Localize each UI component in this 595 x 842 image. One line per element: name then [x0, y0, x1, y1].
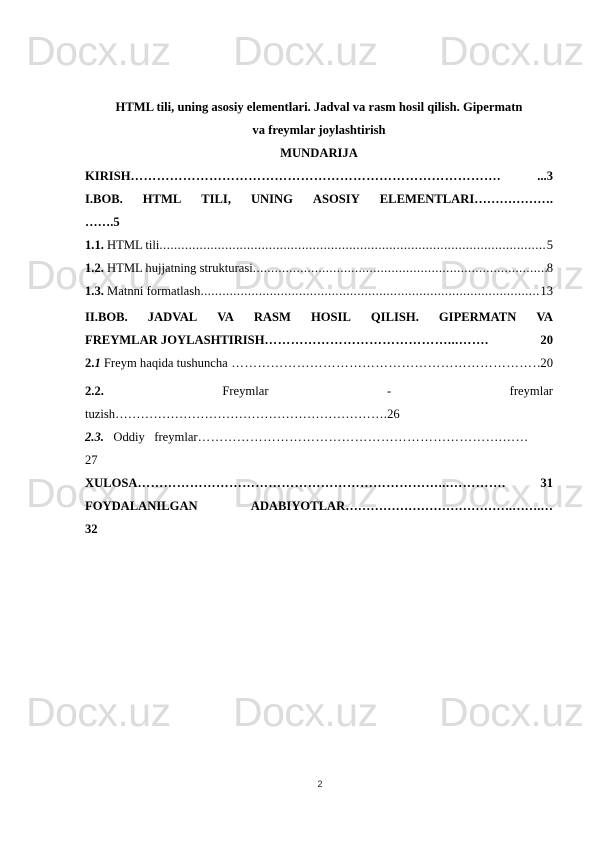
- toc-word: II.BOB.: [85, 306, 128, 329]
- toc-entry-2-1[interactable]: 2.1 Freym haqida tushuncha ……………………………………: [85, 352, 553, 375]
- toc-leader-dots: ………………………………………………………………………….: [131, 165, 538, 188]
- toc-word: ELEMENTLARI……………….: [380, 188, 553, 211]
- page-number: 2: [313, 779, 327, 789]
- toc-entry-label: XULOSA: [85, 472, 137, 495]
- toc-entry-number: 1.3.: [85, 284, 104, 298]
- toc-entry-label: Oddiy freymlar: [113, 430, 197, 444]
- toc-word: Freymlar: [222, 380, 268, 403]
- watermark: Docx.uz: [233, 31, 378, 72]
- toc-word: -: [387, 380, 391, 403]
- toc-entry-label: Matnni formatlash: [107, 284, 200, 298]
- toc-entry-1-1[interactable]: 1.1. HTML tili .........................…: [85, 234, 553, 257]
- toc-word: VA: [217, 306, 234, 329]
- toc-entry-number: 1.1.: [85, 238, 104, 252]
- toc-entry-page: 20: [540, 329, 553, 352]
- toc-word: TILI,: [201, 188, 231, 211]
- toc-entry-page: 26: [387, 407, 400, 421]
- toc-entry-label: FREYMLAR JOYLASHTIRISH: [85, 329, 265, 352]
- toc-leader-dots: ……………………………………………………………………………………………………………: [228, 352, 541, 375]
- toc-word: RASM: [254, 306, 291, 329]
- toc-entry-label: Freym haqida tushuncha: [104, 356, 228, 370]
- toc-leader-dots: …………………………………………………………….……: [198, 426, 553, 449]
- toc-entry-bob1-continuation: …….5: [85, 211, 553, 234]
- toc-entry-page: 20: [540, 352, 553, 375]
- toc-entry-2-3-page: 27: [85, 449, 553, 472]
- toc-word: I.BOB.: [85, 188, 123, 211]
- toc-entry-number: 2.3.: [85, 430, 104, 444]
- toc-leader-dots: ........................................…: [159, 234, 546, 257]
- toc-entry-page: 5: [547, 234, 553, 257]
- toc-entry-xulosa[interactable]: XULOSA ……………………………………………………………...…………. 3…: [85, 472, 553, 495]
- toc-entry-number: 1.2.: [85, 261, 104, 275]
- toc-entry-page: 31: [540, 472, 553, 495]
- toc-entry-1-3[interactable]: 1.3. Matnni formatlash .................…: [85, 280, 553, 303]
- document-page: HTML tili, uning asosiy elementlari. Jad…: [85, 96, 553, 541]
- toc-word: VA: [536, 306, 553, 329]
- toc-word: HTML: [143, 188, 181, 211]
- toc-entry-number: 2.2.: [85, 380, 104, 403]
- watermark: Docx.uz: [439, 692, 584, 733]
- toc-entry-kirish[interactable]: KIRISH …………………………………………………………………………. ...…: [85, 165, 553, 188]
- toc-leader-dots: ……………………………………...…….: [265, 329, 541, 352]
- toc-word: ADABIYOTLAR………………………………….…….…: [251, 495, 553, 518]
- toc-leader-dots: ........................................…: [200, 280, 540, 303]
- toc-entry-label: KIRISH: [85, 165, 131, 188]
- toc-entry-adabiyotlar[interactable]: FOYDALANILGAN ADABIYOTLAR………………………………….……: [85, 495, 553, 518]
- toc-entry-bob1[interactable]: I.BOB. HTML TILI, UNING ASOSIY ELEMENTLA…: [85, 188, 553, 211]
- toc-entry-label: HTML hujjatning strukturasi: [107, 261, 253, 275]
- toc-entry-label: tuzish: [85, 407, 115, 421]
- document-title-line-2: va freymlar joylashtirish: [85, 119, 553, 142]
- toc-entry-adabiyotlar-page: 32: [85, 518, 553, 541]
- toc-leader-dots: ……………………………………………………….: [115, 407, 387, 421]
- toc-entry-2-2-continuation[interactable]: tuzish……………………………………………………….26: [85, 403, 553, 426]
- toc-entry-page: 13: [540, 280, 553, 303]
- toc-entry-2-2[interactable]: 2.2. Freymlar - freymlar: [85, 380, 553, 403]
- toc-entry-2-3[interactable]: 2.3. Oddiy freymlar ………………………………………………………: [85, 426, 553, 449]
- toc-entry-page: 8: [547, 257, 553, 280]
- document-title-line-1: HTML tili, uning asosiy elementlari. Jad…: [85, 96, 553, 119]
- watermark: Docx.uz: [233, 692, 378, 733]
- toc-entry-page: ...3: [537, 165, 553, 188]
- toc-heading: MUNDARIJA: [85, 142, 553, 165]
- toc-entry-bob2[interactable]: II.BOB. JADVAL VA RASM HOSIL QILISH. GIP…: [85, 306, 553, 329]
- toc-word: QILISH.: [371, 306, 419, 329]
- toc-word: freymlar: [510, 380, 553, 403]
- toc-word: JADVAL: [148, 306, 197, 329]
- toc-word: FOYDALANILGAN: [85, 495, 198, 518]
- watermark: Docx.uz: [26, 31, 171, 72]
- toc-word: ASOSIY: [313, 188, 360, 211]
- toc-leader-dots: ……………………………………………………………...………….: [137, 472, 540, 495]
- toc-entry-label: HTML tili: [107, 238, 159, 252]
- watermark: Docx.uz: [439, 31, 584, 72]
- toc-entry-1-2[interactable]: 1.2. HTML hujjatning strukturasi .......…: [85, 257, 553, 280]
- toc-leader-dots: ........................................…: [253, 257, 547, 280]
- toc-word: HOSIL: [311, 306, 351, 329]
- watermark: Docx.uz: [26, 692, 171, 733]
- toc-entry-number: 2.1: [85, 356, 101, 370]
- toc-word: UNING: [251, 188, 293, 211]
- toc-word: GIPERMATN: [439, 306, 516, 329]
- toc-entry-bob2-continuation[interactable]: FREYMLAR JOYLASHTIRISH ……………………………………...…: [85, 329, 553, 352]
